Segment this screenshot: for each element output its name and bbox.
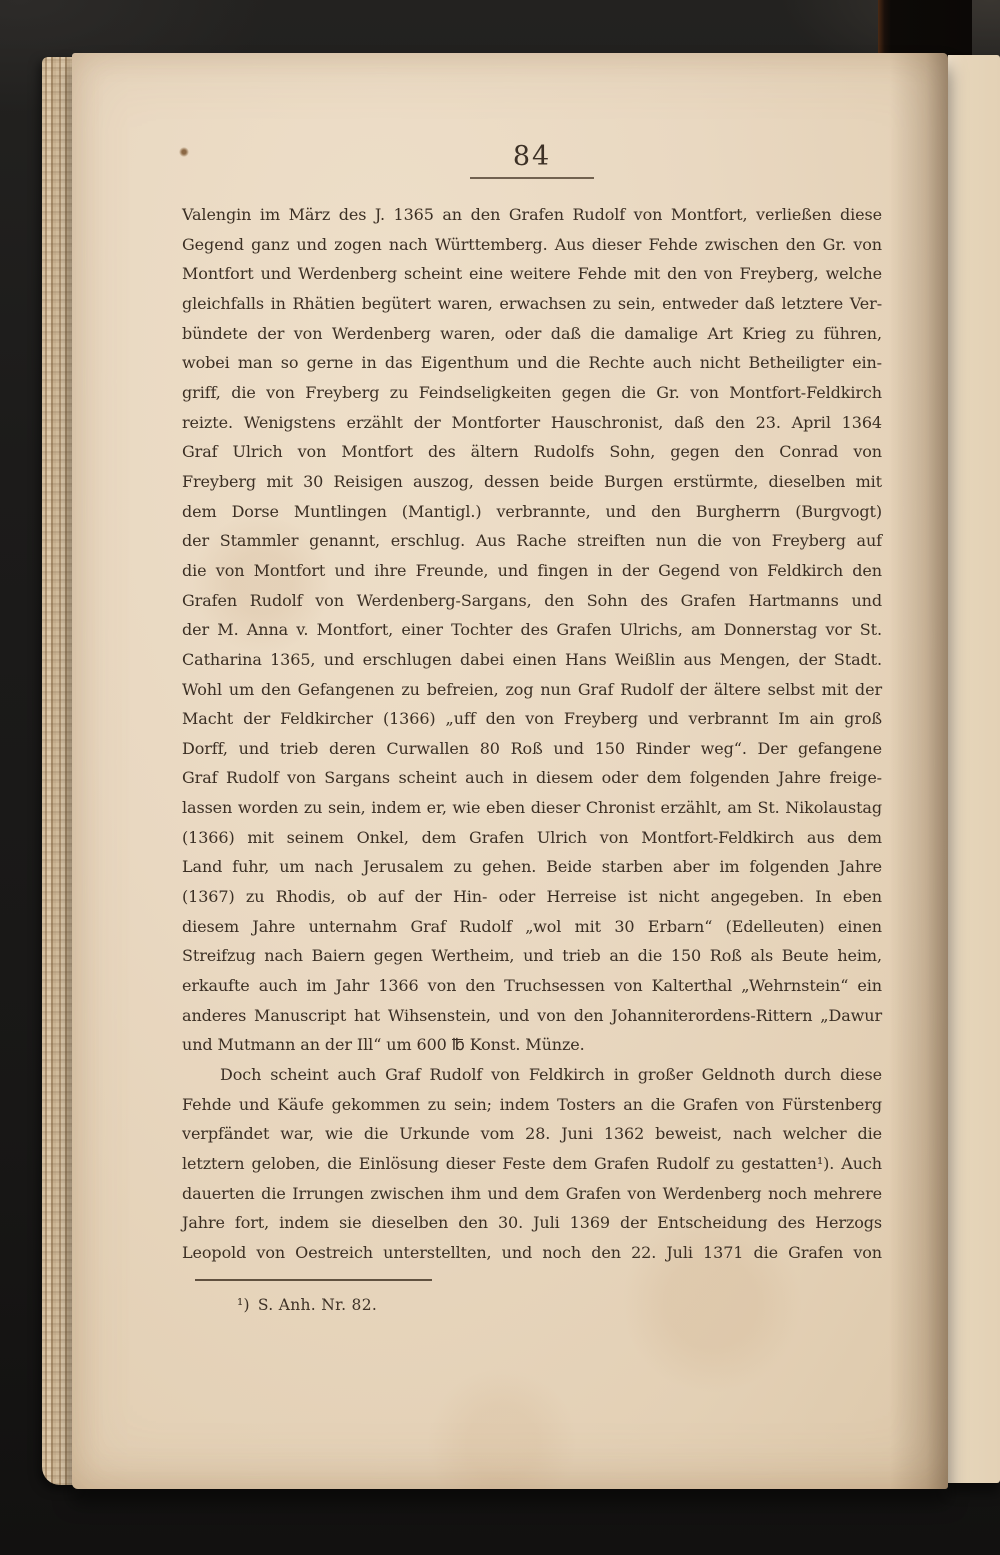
text-line: Montfort und Werdenberg scheint eine wei… [182,259,882,289]
text-line: dem Dorse Muntlingen (Mantigl.) verbrann… [182,497,882,527]
text-line: Wohl um den Gefangenen zu befreien, zog … [182,675,882,705]
footnote-marker: ¹) [237,1296,250,1314]
paragraph: Doch scheint auch Graf Rudolf von Feldki… [182,1060,882,1268]
text-line: letztern geloben, die Einlösung dieser F… [182,1149,882,1179]
page-header: 84 [182,141,882,179]
text-line: Graf Ulrich von Montfort des ältern Rudo… [182,437,882,467]
text-line: lassen worden zu sein, indem er, wie ebe… [182,793,882,823]
text-line: bündete der von Werdenberg waren, oder d… [182,319,882,349]
text-line: Streifzug nach Baiern gegen Wertheim, un… [182,941,882,971]
text-line: Valengin im März des J. 1365 an den Graf… [182,200,882,230]
text-line: diesem Jahre unternahm Graf Rudolf „wol … [182,912,882,942]
text-line: Gegend ganz und zogen nach Württemberg. … [182,230,882,260]
page-number-rule [470,177,594,179]
text-line: Dorff, und trieb deren Curwallen 80 Roß … [182,734,882,764]
text-line: Jahre fort, indem sie dieselben den 30. … [182,1208,882,1238]
text-line: reizte. Wenigstens erzählt der Montforte… [182,408,882,438]
paragraph: Valengin im März des J. 1365 an den Graf… [182,200,882,1060]
text-line: die von Montfort und ihre Freunde, und f… [182,556,882,586]
text-line: (1366) mit seinem Onkel, dem Grafen Ulri… [182,823,882,853]
footnote: ¹)S. Anh. Nr. 82. [237,1296,377,1314]
text-line: Freyberg mit 30 Reisigen auszog, dessen … [182,467,882,497]
footnote-text: S. Anh. Nr. 82. [258,1296,377,1314]
text-line: Land fuhr, um nach Jerusalem zu gehen. B… [182,852,882,882]
text-line: gleichfalls in Rhätien begütert waren, e… [182,289,882,319]
footnote-separator [195,1279,432,1281]
text-line: Graf Rudolf von Sargans scheint auch in … [182,763,882,793]
text-line: Macht der Feldkircher (1366) „uff den vo… [182,704,882,734]
text-line: Catharina 1365, und erschlugen dabei ein… [182,645,882,675]
text-line: Fehde und Käufe gekommen zu sein; indem … [182,1090,882,1120]
text-line: und Mutmann an der Ill“ um 600 ℔ Konst. … [182,1030,882,1060]
text-line: (1367) zu Rhodis, ob auf der Hin- oder H… [182,882,882,912]
text-line: der M. Anna v. Montfort, einer Tochter d… [182,615,882,645]
next-page-edge [948,55,1000,1483]
text-line: griff, die von Freyberg zu Feindseligkei… [182,378,882,408]
photo-background: 84 Valengin im März des J. 1365 an den G… [0,0,1000,1555]
body-text: Valengin im März des J. 1365 an den Graf… [182,200,882,1268]
text-line: Leopold von Oestreich unterstellten, und… [182,1238,882,1268]
text-line: wobei man so gerne in das Eigenthum und … [182,348,882,378]
text-line: dauerten die Irrungen zwischen ihm und d… [182,1179,882,1209]
text-line: verpfändet war, wie die Urkunde vom 28. … [182,1119,882,1149]
page-number: 84 [182,141,882,172]
text-line: anderes Manuscript hat Wihsenstein, und … [182,1001,882,1031]
gutter-shadow [890,53,948,1489]
book-page: 84 Valengin im März des J. 1365 an den G… [72,53,948,1489]
text-line: erkaufte auch im Jahr 1366 von den Truch… [182,971,882,1001]
book-cover-edge [878,0,972,58]
text-line: Doch scheint auch Graf Rudolf von Feldki… [182,1060,882,1090]
text-line: Grafen Rudolf von Werdenberg-Sargans, de… [182,586,882,616]
text-line: der Stammler genannt, erschlug. Aus Rach… [182,526,882,556]
